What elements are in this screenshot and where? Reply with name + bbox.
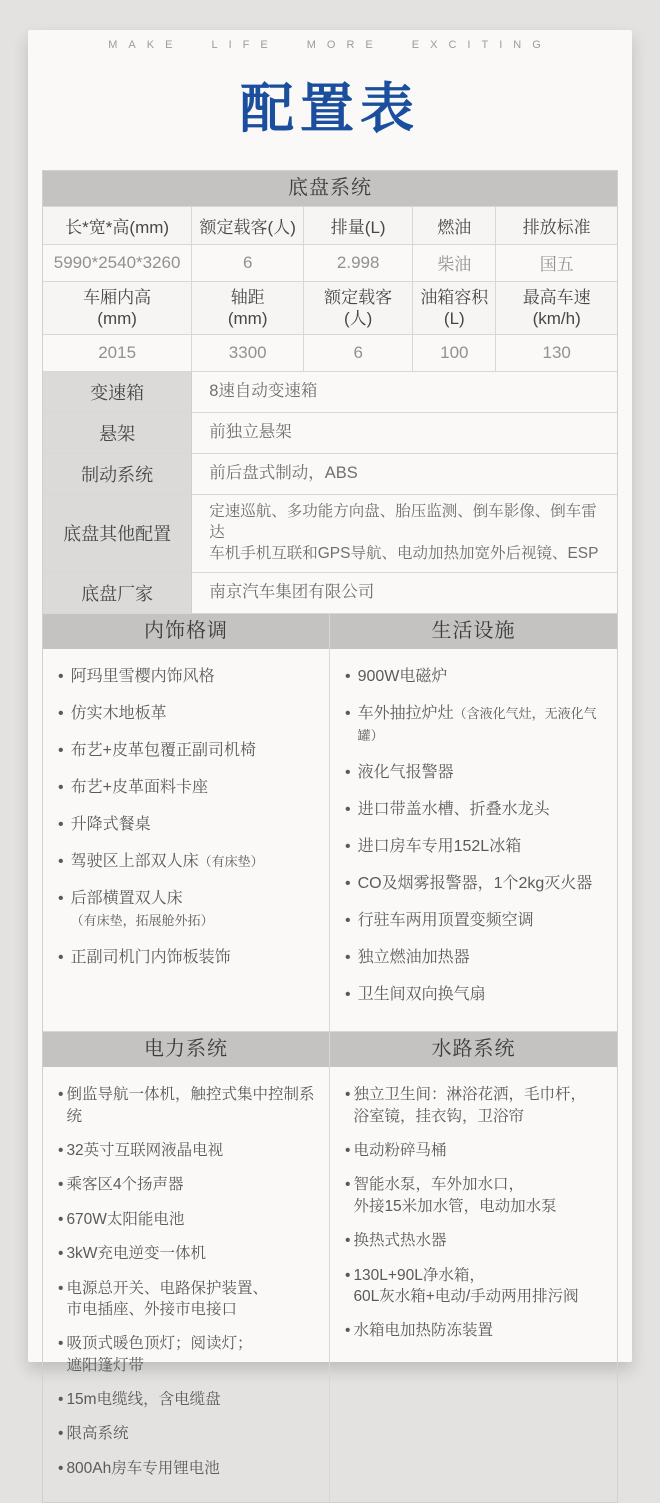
row-value: 前后盘式制动，ABS: [192, 454, 617, 494]
list-item-text: 布艺+皮革面料卡座: [71, 779, 208, 796]
row-label: 制动系统: [43, 454, 192, 494]
list-item-content: 换热式热水器: [353, 1230, 446, 1251]
list-item-content: 独立燃油加热器: [358, 947, 470, 969]
list-item: •电动粉碎马桶: [345, 1140, 611, 1161]
list-item-content: 乘客区4个扬声器: [66, 1174, 183, 1195]
spec-value: 3300: [192, 335, 304, 371]
bullet-icon: •: [345, 762, 351, 784]
list-item: •升降式餐桌: [58, 814, 323, 836]
list-item-content: 仿实木地板革: [71, 703, 167, 725]
list-item: •3kW充电逆变一体机: [58, 1243, 323, 1264]
list-item: •吸顶式暖色顶灯；阅读灯； 遮阳篷灯带: [58, 1333, 323, 1376]
list-item: •130L+90L净水箱， 60L灰水箱+电动/手动两用排污阀: [345, 1265, 611, 1308]
list-item-text: 阿玛里雪樱内饰风格: [71, 668, 215, 685]
list-item-text: 独立卫生间：淋浴花洒，毛巾杆， 浴室镜，挂衣钩，卫浴帘: [353, 1086, 586, 1124]
list-item-text: 限高系统: [66, 1425, 128, 1442]
list-item: •进口房车专用152L冰箱: [345, 836, 611, 858]
bullet-icon: •: [58, 888, 64, 910]
spec-card: MAKE LIFE MORE EXCITING 配置表 底盘系统 长*宽*高(m…: [28, 30, 632, 1362]
column-header: 额定载客(人): [192, 207, 304, 244]
list-item: •阿玛里雪樱内饰风格: [58, 666, 323, 688]
bullet-icon: •: [345, 1230, 350, 1251]
bullet-icon: •: [345, 799, 351, 821]
bullet-icon: •: [345, 984, 351, 1006]
list-item-text: 布艺+皮革包覆正副司机椅: [71, 742, 256, 759]
bullet-icon: •: [58, 1174, 63, 1195]
bullet-icon: •: [58, 1278, 63, 1299]
bullet-icon: •: [58, 1458, 63, 1479]
feature-list: •900W电磁炉•车外抽拉炉灶（含液化气灶，无液化气罐）•液化气报警器•进口带盖…: [330, 649, 617, 1032]
list-item: •换热式热水器: [345, 1230, 611, 1251]
list-item-text: 32英寸互联网液晶电视: [66, 1142, 223, 1159]
list-item-note: （有床垫，拓展舱外拓）: [71, 913, 214, 928]
column-header: 油箱容积 (L): [413, 282, 496, 334]
section-interior: 内饰格调 •阿玛里雪樱内饰风格•仿实木地板革•布艺+皮革包覆正副司机椅•布艺+皮…: [43, 613, 330, 1032]
spec-value: 2.998: [304, 245, 413, 281]
list-item-text: 乘客区4个扬声器: [66, 1176, 183, 1193]
tagline: MAKE LIFE MORE EXCITING: [42, 30, 618, 51]
row-label: 悬架: [43, 413, 192, 453]
bullet-icon: •: [345, 1140, 350, 1161]
list-item-text: 智能水泵，车外加水口， 外接15米加水管，电动加水泵: [353, 1176, 556, 1214]
row-value: 南京汽车集团有限公司: [192, 573, 617, 613]
list-item-text: 液化气报警器: [358, 764, 454, 781]
list-item-content: 800Ah房车专用锂电池: [66, 1458, 219, 1479]
list-item-content: 卫生间双向换气扇: [358, 984, 486, 1006]
bullet-icon: •: [345, 910, 351, 932]
list-item: •车外抽拉炉灶（含液化气灶，无液化气罐）: [345, 703, 611, 747]
list-item-content: 32英寸互联网液晶电视: [66, 1140, 223, 1161]
table-row: 悬架 前独立悬架: [43, 412, 617, 453]
page-title: 配置表: [42, 77, 618, 142]
list-item: •仿实木地板革: [58, 703, 323, 725]
list-item: •后部横置双人床（有床垫，拓展舱外拓）: [58, 888, 323, 932]
row-value: 前独立悬架: [192, 413, 617, 453]
list-item-note: （有床垫）: [199, 854, 264, 869]
list-item-content: 智能水泵，车外加水口， 外接15米加水管，电动加水泵: [353, 1174, 556, 1217]
list-item-content: 限高系统: [66, 1423, 128, 1444]
list-item-text: 670W太阳能电池: [66, 1211, 184, 1228]
list-item: •乘客区4个扬声器: [58, 1174, 323, 1195]
spec-value-row-1: 5990*2540*3260 6 2.998 柴油 国五: [43, 244, 617, 281]
list-item: •900W电磁炉: [345, 666, 611, 688]
list-item: •独立燃油加热器: [345, 947, 611, 969]
list-item-content: 正副司机门内饰板装饰: [71, 947, 231, 969]
list-item-text: CO及烟雾报警器，1个2kg灭火器: [358, 875, 593, 892]
list-item-text: 仿实木地板革: [71, 705, 167, 722]
bullet-icon: •: [345, 873, 351, 895]
list-item-content: 900W电磁炉: [358, 666, 448, 688]
list-item: •电源总开关、电路保护装置、 市电插座、外接市电接口: [58, 1278, 323, 1321]
spec-header-row-2: 车厢内高 (mm) 轴距 (mm) 额定载客 (人) 油箱容积 (L) 最高车速…: [43, 281, 617, 334]
section-living: 生活设施 •900W电磁炉•车外抽拉炉灶（含液化气灶，无液化气罐）•液化气报警器…: [330, 613, 617, 1032]
feature-list: •阿玛里雪樱内饰风格•仿实木地板革•布艺+皮革包覆正副司机椅•布艺+皮革面料卡座…: [43, 649, 329, 1032]
bullet-icon: •: [58, 1389, 63, 1410]
bullet-icon: •: [58, 1209, 63, 1230]
spec-value: 5990*2540*3260: [43, 245, 192, 281]
list-item-content: 倒监导航一体机，触控式集中控制系统: [66, 1084, 323, 1127]
spec-value-row-2: 2015 3300 6 100 130: [43, 334, 617, 371]
row-label: 变速箱: [43, 372, 192, 412]
column-header: 长*宽*高(mm): [43, 207, 192, 244]
spec-header-row-1: 长*宽*高(mm) 额定载客(人) 排量(L) 燃油 排放标准: [43, 206, 617, 244]
row-label: 底盘其他配置: [43, 495, 192, 572]
table-row: 底盘其他配置 定速巡航、多功能方向盘、胎压监测、倒车影像、倒车雷达 车机手机互联…: [43, 494, 617, 572]
section-header-chassis: 底盘系统: [43, 171, 617, 206]
spec-value: 100: [413, 335, 496, 371]
row-value: 8速自动变速箱: [192, 372, 617, 412]
list-item-text: 倒监导航一体机，触控式集中控制系统: [66, 1086, 314, 1124]
list-item: •布艺+皮革面料卡座: [58, 777, 323, 799]
list-item-text: 800Ah房车专用锂电池: [66, 1460, 219, 1477]
list-item-content: 670W太阳能电池: [66, 1209, 184, 1230]
chassis-table: 底盘系统 长*宽*高(mm) 额定载客(人) 排量(L) 燃油 排放标准 599…: [42, 170, 618, 613]
feature-list: •独立卫生间：淋浴花洒，毛巾杆， 浴室镜，挂衣钩，卫浴帘•电动粉碎马桶•智能水泵…: [330, 1067, 617, 1502]
column-header: 轴距 (mm): [192, 282, 304, 334]
list-item-text: 行驻车两用顶置变频空调: [358, 912, 534, 929]
list-item-content: 电动粉碎马桶: [353, 1140, 446, 1161]
bullet-icon: •: [58, 814, 64, 836]
bullet-icon: •: [58, 1084, 63, 1105]
list-item-text: 15m电缆线，含电缆盘: [66, 1391, 220, 1408]
column-header: 额定载客 (人): [304, 282, 413, 334]
list-item-content: 水箱电加热防冻装置: [353, 1320, 493, 1341]
row-value: 定速巡航、多功能方向盘、胎压监测、倒车影像、倒车雷达 车机手机互联和GPS导航、…: [192, 495, 617, 572]
list-item-content: 15m电缆线，含电缆盘: [66, 1389, 220, 1410]
section-water: 水路系统 •独立卫生间：淋浴花洒，毛巾杆， 浴室镜，挂衣钩，卫浴帘•电动粉碎马桶…: [330, 1031, 617, 1502]
spec-value: 柴油: [413, 245, 496, 281]
list-item: •驾驶区上部双人床（有床垫）: [58, 851, 323, 873]
list-item-text: 进口房车专用152L冰箱: [358, 838, 522, 855]
section-power: 电力系统 •倒监导航一体机，触控式集中控制系统•32英寸互联网液晶电视•乘客区4…: [43, 1031, 330, 1502]
list-item: •670W太阳能电池: [58, 1209, 323, 1230]
list-item-content: 3kW充电逆变一体机: [66, 1243, 206, 1264]
section-header-interior: 内饰格调: [43, 614, 329, 649]
bullet-icon: •: [345, 703, 351, 725]
bullet-icon: •: [58, 740, 64, 762]
list-item: •32英寸互联网液晶电视: [58, 1140, 323, 1161]
spec-value: 130: [496, 335, 617, 371]
list-item-content: 车外抽拉炉灶（含液化气灶，无液化气罐）: [358, 703, 611, 747]
list-item-content: 阿玛里雪樱内饰风格: [71, 666, 215, 688]
section-header-water: 水路系统: [330, 1032, 617, 1067]
list-item: •液化气报警器: [345, 762, 611, 784]
bullet-icon: •: [345, 1320, 350, 1341]
bullet-icon: •: [345, 947, 351, 969]
list-item-text: 900W电磁炉: [358, 668, 448, 685]
bullet-icon: •: [58, 851, 64, 873]
list-item-content: 进口带盖水槽、折叠水龙头: [358, 799, 550, 821]
bullet-icon: •: [58, 1333, 63, 1354]
bullet-icon: •: [58, 1140, 63, 1161]
list-item: •布艺+皮革包覆正副司机椅: [58, 740, 323, 762]
list-item-content: 电源总开关、电路保护装置、 市电插座、外接市电接口: [66, 1278, 268, 1321]
list-item: •卫生间双向换气扇: [345, 984, 611, 1006]
feature-list: •倒监导航一体机，触控式集中控制系统•32英寸互联网液晶电视•乘客区4个扬声器•…: [43, 1067, 329, 1502]
column-header: 燃油: [413, 207, 496, 244]
column-header: 车厢内高 (mm): [43, 282, 192, 334]
column-header: 排量(L): [304, 207, 413, 244]
list-item-text: 独立燃油加热器: [358, 949, 470, 966]
list-item-text: 车外抽拉炉灶: [358, 705, 454, 722]
spec-value: 6: [192, 245, 304, 281]
list-item-content: 进口房车专用152L冰箱: [358, 836, 522, 858]
spec-value: 6: [304, 335, 413, 371]
list-item: •独立卫生间：淋浴花洒，毛巾杆， 浴室镜，挂衣钩，卫浴帘: [345, 1084, 611, 1127]
list-item-content: 吸顶式暖色顶灯；阅读灯； 遮阳篷灯带: [66, 1333, 252, 1376]
list-item-text: 吸顶式暖色顶灯；阅读灯； 遮阳篷灯带: [66, 1335, 252, 1373]
list-item-content: 液化气报警器: [358, 762, 454, 784]
table-row: 制动系统 前后盘式制动，ABS: [43, 453, 617, 494]
list-item: •CO及烟雾报警器，1个2kg灭火器: [345, 873, 611, 895]
bullet-icon: •: [58, 703, 64, 725]
bullet-icon: •: [345, 1084, 350, 1105]
list-item-content: 驾驶区上部双人床（有床垫）: [71, 851, 264, 873]
list-item-content: CO及烟雾报警器，1个2kg灭火器: [358, 873, 593, 895]
list-item: •正副司机门内饰板装饰: [58, 947, 323, 969]
list-item-text: 卫生间双向换气扇: [358, 986, 486, 1003]
list-item-text: 3kW充电逆变一体机: [66, 1245, 206, 1262]
table-row: 底盘厂家 南京汽车集团有限公司: [43, 572, 617, 613]
list-item-content: 升降式餐桌: [71, 814, 151, 836]
row-label: 底盘厂家: [43, 573, 192, 613]
list-item-text: 水箱电加热防冻装置: [353, 1322, 493, 1339]
bullet-icon: •: [345, 836, 351, 858]
list-item: •15m电缆线，含电缆盘: [58, 1389, 323, 1410]
list-item-content: 行驻车两用顶置变频空调: [358, 910, 534, 932]
spec-value: 国五: [496, 245, 617, 281]
column-header: 最高车速 (km/h): [496, 282, 617, 334]
list-item-text: 进口带盖水槽、折叠水龙头: [358, 801, 550, 818]
list-item: •进口带盖水槽、折叠水龙头: [345, 799, 611, 821]
bullet-icon: •: [58, 947, 64, 969]
list-item-content: 布艺+皮革包覆正副司机椅: [71, 740, 256, 762]
bullet-icon: •: [58, 1423, 63, 1444]
list-item: •水箱电加热防冻装置: [345, 1320, 611, 1341]
bullet-icon: •: [345, 1174, 350, 1195]
bullet-icon: •: [345, 666, 351, 688]
section-header-living: 生活设施: [330, 614, 617, 649]
list-item: •智能水泵，车外加水口， 外接15米加水管，电动加水泵: [345, 1174, 611, 1217]
bullet-icon: •: [345, 1265, 350, 1286]
list-item-content: 布艺+皮革面料卡座: [71, 777, 208, 799]
list-item: •限高系统: [58, 1423, 323, 1444]
list-item-text: 电动粉碎马桶: [353, 1142, 446, 1159]
bullet-icon: •: [58, 1243, 63, 1264]
list-item-text: 130L+90L净水箱， 60L灰水箱+电动/手动两用排污阀: [353, 1267, 578, 1305]
list-item-content: 130L+90L净水箱， 60L灰水箱+电动/手动两用排污阀: [353, 1265, 578, 1308]
list-item-text: 换热式热水器: [353, 1232, 446, 1249]
column-header: 排放标准: [496, 207, 617, 244]
list-item: •倒监导航一体机，触控式集中控制系统: [58, 1084, 323, 1127]
list-item-text: 正副司机门内饰板装饰: [71, 949, 231, 966]
bullet-icon: •: [58, 777, 64, 799]
list-item-text: 升降式餐桌: [71, 816, 151, 833]
list-item-content: 后部横置双人床（有床垫，拓展舱外拓）: [71, 888, 323, 932]
list-item-text: 驾驶区上部双人床: [71, 853, 199, 870]
list-item: •行驻车两用顶置变频空调: [345, 910, 611, 932]
feature-sections-grid: 内饰格调 •阿玛里雪樱内饰风格•仿实木地板革•布艺+皮革包覆正副司机椅•布艺+皮…: [42, 613, 618, 1503]
list-item-content: 独立卫生间：淋浴花洒，毛巾杆， 浴室镜，挂衣钩，卫浴帘: [353, 1084, 586, 1127]
list-item-text: 后部横置双人床: [71, 890, 183, 907]
bullet-icon: •: [58, 666, 64, 688]
list-item-text: 电源总开关、电路保护装置、 市电插座、外接市电接口: [66, 1280, 268, 1318]
section-header-power: 电力系统: [43, 1032, 329, 1067]
spec-value: 2015: [43, 335, 192, 371]
list-item: •800Ah房车专用锂电池: [58, 1458, 323, 1479]
table-row: 变速箱 8速自动变速箱: [43, 371, 617, 412]
